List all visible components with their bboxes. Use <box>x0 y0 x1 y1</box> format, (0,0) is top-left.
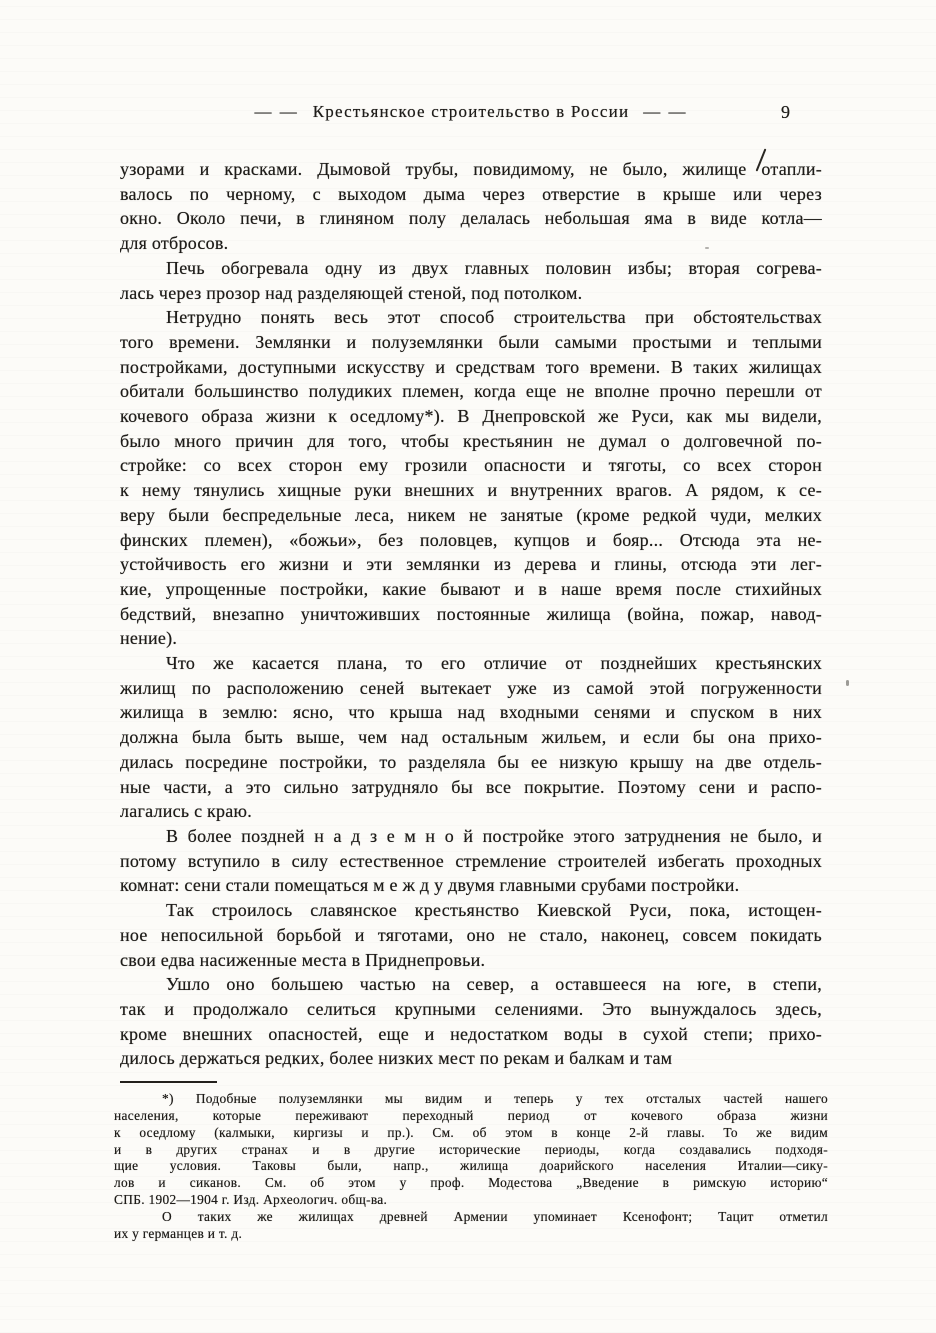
text-line: потому вступило в силу естественное стре… <box>120 849 822 874</box>
text-line: щие условия. Таковы были, напр., жилища … <box>114 1158 828 1175</box>
footnote-section: *) Подобные полуземлянки мы видим и тепе… <box>114 1091 828 1243</box>
text-line: О таких же жилищах древней Армении упоми… <box>114 1209 828 1226</box>
text-line: нение). <box>120 626 822 651</box>
text-line: к оседлому (калмыки, киргизы и пр.). См.… <box>114 1125 828 1142</box>
text-line: дилось держаться редких, более низких ме… <box>120 1046 822 1071</box>
footnote-rule <box>120 1081 217 1083</box>
text-line: жилища в землю: ясно, что крыша над вход… <box>120 700 822 725</box>
text-line: должна была быть выше, чем над остальным… <box>120 725 822 750</box>
text-line: окно. Около печи, в глиняном полу делала… <box>120 206 822 231</box>
text-line: СПБ. 1902—1904 г. Изд. Археологич. общ-в… <box>114 1192 828 1209</box>
body-text: узорами и красками. Дымовой трубы, повид… <box>120 157 822 1071</box>
text-line: финских племен), «божьи», без половцев, … <box>120 528 822 553</box>
text-line: свои едва насиженные места в Приднепровь… <box>120 948 822 973</box>
text-line: Печь обогревала одну из двух главных пол… <box>120 256 822 281</box>
text-line: того времени. Землянки и полуземлянки бы… <box>120 330 822 355</box>
header-dash-right: — — <box>643 102 687 121</box>
scan-artifact-speck <box>846 680 849 686</box>
text-line: ное непосильной борьбой и тяготами, оно … <box>120 923 822 948</box>
running-title: Крестьянское строительство в России <box>313 102 630 121</box>
header-dash-left: — — <box>254 102 298 121</box>
text-line: стройке: со всех сторон ему грозили опас… <box>120 453 822 478</box>
paragraph: Что же касается плана, то его отличие от… <box>120 651 822 824</box>
text-line: кочевого образа жизни к оседлому*). В Дн… <box>120 404 822 429</box>
text-line: Так строилось славянское крестьянство Ки… <box>120 898 822 923</box>
text-line: бедствий, внезапно уничтоживших постоянн… <box>120 602 822 627</box>
text-line: веру были беспредельные леса, никем не з… <box>120 503 822 528</box>
text-line: было много причин для того, чтобы кресть… <box>120 429 822 454</box>
text-line: кроме внешних опасностей, еще и недостат… <box>120 1022 822 1047</box>
text-line: В более поздней н а д з е м н о й постро… <box>120 824 822 849</box>
text-line: дилась посредине постройки, то разделяла… <box>120 750 822 775</box>
text-line: лась через прозор над разделяющей стеной… <box>120 281 822 306</box>
page-number: 9 <box>781 102 790 123</box>
paragraph: Так строилось славянское крестьянство Ки… <box>120 898 822 972</box>
paragraph: *) Подобные полуземлянки мы видим и тепе… <box>114 1091 828 1209</box>
text-line: лагались с краю. <box>120 799 822 824</box>
text-line: устойчивость его жизни и эти землянки из… <box>120 552 822 577</box>
text-line: *) Подобные полуземлянки мы видим и тепе… <box>114 1091 828 1108</box>
scan-artifact-speck <box>705 247 709 249</box>
paragraph: Печь обогревала одну из двух главных пол… <box>120 256 822 305</box>
scanned-book-page: — —Крестьянское строительство в России— … <box>0 0 936 1333</box>
text-line: их у германцев и т. д. <box>114 1226 828 1243</box>
text-line: и в других странах и в другие историческ… <box>114 1142 828 1159</box>
text-line: обитали большинство полудиких племен, ко… <box>120 379 822 404</box>
text-line: населения, которые переживают переходный… <box>114 1108 828 1125</box>
text-line: так и продолжало селиться крупными селен… <box>120 997 822 1022</box>
paragraph: В более поздней н а д з е м н о й постро… <box>120 824 822 898</box>
text-line: жилищ по расположению сеней вытекает уже… <box>120 676 822 701</box>
text-line: для отбросов. <box>120 231 822 256</box>
text-line: валось по черному, с выходом дыма через … <box>120 182 822 207</box>
text-line: Нетрудно понять весь этот способ строите… <box>120 305 822 330</box>
paragraph: Ушло оно большею частью на север, а оста… <box>120 972 822 1071</box>
text-line: комнат: сени стали помещаться м е ж д у … <box>120 873 822 898</box>
page-header: — —Крестьянское строительство в России— … <box>120 102 822 130</box>
paragraph: узорами и красками. Дымовой трубы, повид… <box>120 157 822 256</box>
text-line: к нему тянулись хищные руки внешних и вн… <box>120 478 822 503</box>
text-line: постройками, доступными искусству и сред… <box>120 355 822 380</box>
text-line: Что же касается плана, то его отличие от… <box>120 651 822 676</box>
text-line: ные части, а это сильно затрудняло бы вс… <box>120 775 822 800</box>
text-line: Ушло оно большею частью на север, а оста… <box>120 972 822 997</box>
paragraph: Нетрудно понять весь этот способ строите… <box>120 305 822 651</box>
text-line: лов и сиканов. См. об этом у проф. Модес… <box>114 1175 828 1192</box>
text-line: узорами и красками. Дымовой трубы, повид… <box>120 157 822 182</box>
text-line: кие, упрощенные постройки, какие бывают … <box>120 577 822 602</box>
paragraph: О таких же жилищах древней Армении упоми… <box>114 1209 828 1243</box>
